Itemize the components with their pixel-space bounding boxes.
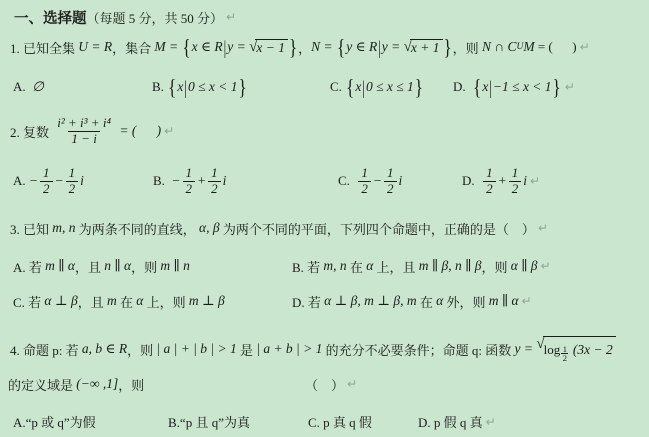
math-variable: 0 ≤ x ≤ 1: [366, 79, 414, 95]
text-run: 是: [237, 340, 257, 359]
fraction-denominator: 2: [183, 181, 196, 197]
set-brace: {: [472, 76, 482, 98]
fraction-denominator: 2: [358, 181, 371, 197]
set-divider-bar: |: [488, 78, 493, 97]
math-variable: m ∥ β, n ∥ β: [419, 258, 482, 274]
section-header-text: 一、选择题（每题 5 分，共 50 分）↵: [14, 6, 236, 28]
fraction-denominator: 1 − i: [68, 131, 99, 147]
paragraph-mark-icon: ↵: [565, 80, 575, 94]
math-variable: y =: [227, 39, 249, 55]
text-run: 在: [347, 257, 367, 276]
sqrt-radical-open: √log12 (3x − 2: [536, 336, 615, 363]
set-divider-bar: |: [361, 78, 366, 97]
question-4-answer-blank: （ ）↵: [305, 372, 357, 396]
fraction: 12: [509, 166, 522, 197]
set-brace: {: [345, 76, 355, 98]
math-variable: +: [197, 173, 206, 189]
fraction-numerator: 1: [358, 166, 371, 181]
math-variable: (3x − 2: [569, 342, 612, 358]
set-divider-bar: |: [377, 38, 382, 57]
paragraph-mark-icon: ↵: [538, 221, 548, 235]
fraction-numerator: 1: [66, 166, 79, 181]
text-run: C. 若: [13, 292, 44, 311]
text-run: B.“p 且 q”为真: [168, 412, 250, 431]
question-1-stem: 1. 已知全集 U = R，集合 M = {x ∈ R|y = √x − 1}，…: [0, 33, 649, 61]
fraction: 12: [358, 166, 371, 197]
sqrt-radicand: x − 1: [255, 39, 288, 56]
math-variable: i: [80, 173, 84, 189]
q3-option-B: B. 若 m, n 在 α 上，且 m ∥ β, n ∥ β，则 α ∥ β↵: [292, 252, 551, 280]
fraction-numerator: 1: [483, 166, 496, 181]
text-run: C. p 真 q 假: [308, 412, 372, 431]
math-variable: α ∥ β: [511, 258, 538, 274]
set-brace: }: [552, 76, 562, 98]
text-run: A. 若: [13, 257, 45, 276]
sqrt-radical: √x + 1: [404, 39, 443, 56]
question-4-stem-line-2: 的定义域是 (−∞ ,1]，则（ ）↵: [0, 372, 649, 396]
paragraph-mark-icon: ↵: [541, 259, 551, 273]
fraction-denominator: 2: [483, 181, 496, 197]
text-run: 3. 已知: [10, 219, 52, 238]
text-run: 的充分不必要条件；命题 q: 函数: [322, 340, 514, 359]
text-run: ，则: [131, 257, 160, 276]
text-run: 外，则: [443, 292, 489, 311]
fraction-numerator: 1: [183, 166, 196, 181]
math-variable: i: [223, 173, 227, 189]
math-variable: x ∈ R: [192, 39, 223, 55]
math-variable: U = R: [78, 39, 112, 55]
q3-option-D: D. 若 α ⊥ β, m ⊥ β, m 在 α 外，则 m ∥ α↵: [292, 287, 532, 315]
text-run: D. p 假 q 真: [418, 412, 483, 431]
math-variable: −: [373, 173, 382, 189]
fraction-denominator: 2: [66, 181, 79, 197]
sqrt-radicand: x + 1: [410, 39, 443, 56]
set-brace: }: [443, 36, 453, 58]
question-3-options-ab: A. 若 m ∥ α，且 n ∥ α，则 m ∥ nB. 若 m, n 在 α …: [0, 252, 649, 280]
fraction-denominator: 2: [509, 181, 522, 197]
math-variable: −: [55, 173, 64, 189]
fraction: 12: [66, 166, 79, 197]
paragraph-mark-icon: ↵: [486, 415, 496, 429]
math-variable: −1 ≤ x < 1: [493, 79, 552, 95]
math-variable: m: [107, 293, 117, 309]
q4-option-D: D. p 假 q 真↵: [418, 406, 496, 437]
q1-option-D: D. {x|−1 ≤ x < 1}↵: [453, 72, 575, 102]
section-title: 一、选择题: [14, 7, 87, 28]
fraction: 12: [40, 166, 53, 197]
math-variable: m, n: [52, 220, 75, 236]
text-run: 在: [417, 292, 437, 311]
math-variable: n ∥ α: [104, 258, 131, 274]
q2-option-B: B. −12+12i: [153, 158, 226, 204]
fraction-denominator: 2: [384, 181, 397, 197]
set-brace: {: [336, 36, 346, 58]
question-2-options: A. −12−12iB. −12+12iC. 12−12iD. 12+12i↵: [0, 158, 649, 204]
text-run: ，则: [481, 257, 510, 276]
math-variable: (−∞ ,1]: [76, 376, 118, 392]
set-brace: }: [414, 76, 424, 98]
q2-option-A: A. −12−12i: [13, 158, 84, 204]
question-4-stem-line-1: 4. 命题 p: 若 a, b ∈ R，则 | a | + | b | > 1 …: [0, 324, 649, 374]
math-variable: y ∈ R: [346, 39, 377, 55]
question-2-stem: 2. 复数 i² + i³ + i⁴1 − i = ( )↵: [0, 106, 649, 156]
text-run: ，且: [75, 257, 104, 276]
q2-option-D: D. 12+12i↵: [462, 158, 540, 204]
math-variable: +: [498, 173, 507, 189]
log-base-fraction-denominator: 2: [561, 353, 568, 363]
text-run: ，则: [453, 38, 482, 57]
text-run: 2. 复数: [10, 122, 52, 141]
text-run: 1. 已知全集: [10, 38, 78, 57]
fraction-denominator: 2: [40, 181, 53, 197]
document-page: 一、选择题（每题 5 分，共 50 分）↵1. 已知全集 U = R，集合 M …: [0, 0, 649, 437]
text-run: C.: [330, 79, 345, 95]
question-2-text: 2. 复数 i² + i³ + i⁴1 − i = ( )↵: [10, 106, 174, 156]
paragraph-mark-icon: ↵: [580, 40, 590, 54]
text-run: 在: [117, 292, 137, 311]
math-variable: −: [171, 173, 180, 189]
text-run: A.: [13, 173, 29, 189]
log-base-fraction-numerator: 1: [561, 345, 568, 354]
math-variable: | a | + | b | > 1: [156, 341, 236, 357]
fraction: i² + i³ + i⁴1 − i: [54, 116, 114, 147]
set-brace: }: [288, 36, 298, 58]
text-run: ，则: [127, 340, 156, 359]
text-run: D.: [453, 79, 472, 95]
text-run: ，: [298, 38, 311, 57]
math-variable: a, b ∈ R: [82, 341, 127, 357]
text-run: 4. 命题 p: 若: [10, 340, 82, 359]
question-1-options: A. ∅B. {x|0 ≤ x < 1}C. {x|0 ≤ x ≤ 1}D. {…: [0, 72, 649, 102]
text-run: 上，且: [373, 257, 419, 276]
math-variable: α: [366, 258, 373, 274]
text-run: = ( ): [535, 39, 577, 55]
math-variable: N ∩ C: [482, 39, 517, 55]
text-run: ，集合: [112, 38, 154, 57]
fraction: 12: [483, 166, 496, 197]
math-variable: 0 ≤ x < 1: [188, 79, 238, 95]
question-3-text: 3. 已知 m, n 为两条不同的直线， α, β 为两个不同的平面，下列四个命…: [10, 216, 548, 240]
text-run: 为两个不同的平面，下列四个命题中，正确的是（ ）: [220, 219, 535, 238]
text-run: 的定义域是: [8, 375, 76, 394]
q3-option-A: A. 若 m ∥ α，且 n ∥ α，则 m ∥ n: [13, 252, 190, 280]
text-run: D. 若: [292, 292, 324, 311]
question-3-stem: 3. 已知 m, n 为两条不同的直线， α, β 为两个不同的平面，下列四个命…: [0, 216, 649, 240]
section-header: 一、选择题（每题 5 分，共 50 分）↵: [0, 6, 649, 28]
math-variable: y =: [382, 39, 404, 55]
math-variable: m ∥ α: [489, 293, 519, 309]
paragraph-mark-icon: ↵: [226, 10, 236, 24]
question-4-text-1: 4. 命题 p: 若 a, b ∈ R，则 | a | + | b | > 1 …: [10, 324, 616, 374]
q2-option-C: C. 12−12i: [338, 158, 402, 204]
sqrt-radical: √x − 1: [249, 39, 288, 56]
question-1-text: 1. 已知全集 U = R，集合 M = {x ∈ R|y = √x − 1}，…: [10, 33, 590, 61]
question-4-options: A.“p 或 q”为假B.“p 且 q”为真C. p 真 q 假D. p 假 q…: [0, 406, 649, 437]
q3-option-C: C. 若 α ⊥ β，且 m 在 α 上，则 m ⊥ β: [13, 287, 225, 315]
math-variable: N =: [311, 39, 336, 55]
text-run: D.: [462, 173, 481, 189]
set-divider-bar: |: [223, 38, 228, 57]
math-variable: m, n: [323, 258, 346, 274]
fraction-numerator: 1: [208, 166, 221, 181]
text-run: 为两条不同的直线，: [76, 219, 200, 238]
fraction: 12: [183, 166, 196, 197]
text-run: B.: [152, 79, 167, 95]
paragraph-mark-icon: ↵: [347, 377, 357, 391]
fraction-numerator: 1: [40, 166, 53, 181]
q1-option-C: C. {x|0 ≤ x ≤ 1}: [330, 72, 424, 102]
math-variable: m ⊥ β: [189, 293, 225, 309]
math-variable: α ⊥ β, m ⊥ β, m: [324, 293, 416, 309]
math-variable: m ∥ α: [45, 258, 75, 274]
q1-option-A: A. ∅: [13, 72, 44, 102]
math-variable: = ( ): [116, 123, 161, 139]
math-variable: α: [136, 293, 143, 309]
set-brace: {: [182, 36, 192, 58]
math-variable: y =: [515, 341, 537, 357]
q1-option-B: B. {x|0 ≤ x < 1}: [152, 72, 248, 102]
sqrt-radicand: log12 (3x − 2: [543, 336, 616, 363]
math-function: log: [544, 342, 561, 358]
paragraph-mark-icon: ↵: [522, 294, 532, 308]
text-run: C.: [338, 173, 356, 189]
math-variable: α ⊥ β: [44, 293, 77, 309]
text-run: （ ）: [305, 375, 344, 394]
question-4-text-2: 的定义域是 (−∞ ,1]，则: [8, 372, 144, 396]
math-variable: M =: [154, 39, 181, 55]
set-divider-bar: |: [183, 78, 188, 97]
math-variable: ∅: [32, 79, 44, 95]
fraction: 12: [208, 166, 221, 197]
text-run: B. 若: [292, 257, 323, 276]
math-variable: −: [29, 173, 38, 189]
q4-option-C: C. p 真 q 假: [308, 406, 372, 437]
set-brace: }: [237, 76, 247, 98]
fraction: 12: [384, 166, 397, 197]
q4-option-B: B.“p 且 q”为真: [168, 406, 250, 437]
q4-option-A: A.“p 或 q”为假: [13, 406, 96, 437]
text-run: ，且: [78, 292, 107, 311]
text-run: A.: [13, 79, 32, 95]
math-variable: i: [523, 173, 527, 189]
fraction-numerator: 1: [509, 166, 522, 181]
text-run: A.“p 或 q”为假: [13, 412, 96, 431]
math-variable: α: [436, 293, 443, 309]
text-run: ，则: [118, 375, 144, 394]
paragraph-mark-icon: ↵: [164, 124, 174, 138]
text-run: B.: [153, 173, 171, 189]
fraction-numerator: i² + i³ + i⁴: [54, 116, 114, 131]
math-variable: m ∥ n: [160, 258, 190, 274]
text-run: （每题 5 分，共 50 分）: [87, 8, 224, 27]
set-brace: {: [167, 76, 177, 98]
fraction-denominator: 2: [208, 181, 221, 197]
math-variable: i: [399, 173, 403, 189]
math-variable: α, β: [199, 220, 220, 236]
fraction-numerator: 1: [384, 166, 397, 181]
question-3-options-cd: C. 若 α ⊥ β，且 m 在 α 上，则 m ⊥ βD. 若 α ⊥ β, …: [0, 287, 649, 315]
log-base-fraction: 12: [561, 345, 568, 363]
math-variable: M: [523, 39, 534, 55]
paragraph-mark-icon: ↵: [530, 174, 540, 188]
text-run: 上，则: [143, 292, 189, 311]
math-variable: | a + b | > 1: [256, 341, 322, 357]
